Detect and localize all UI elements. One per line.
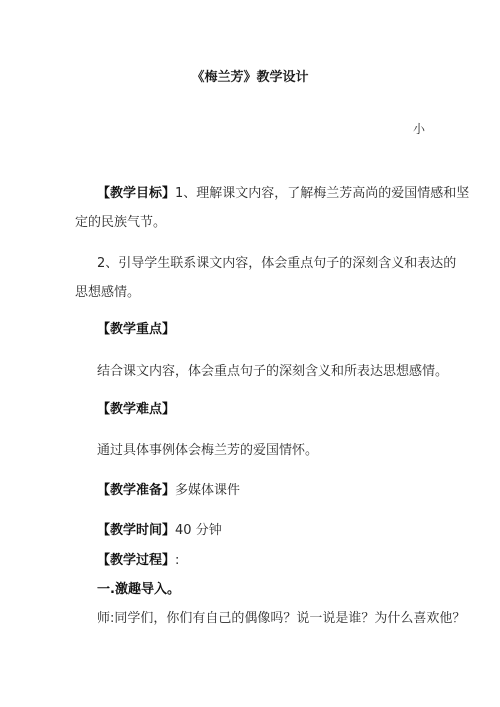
process-step1-text: 师:同学们，你们有自己的偶像吗？说一说是谁？为什么喜欢他？: [97, 611, 465, 627]
key-points-label: 【教学重点】: [97, 322, 175, 338]
time-label: 【教学时间】: [97, 523, 175, 538]
objectives-item1-line1: 1、理解课文内容，了解梅兰芳高尚的爱国情感和坚: [175, 186, 469, 201]
difficulties-text: 通过具体事例体会梅兰芳的爱国情怀。: [97, 443, 318, 459]
objectives-item1-line2: 定的民族气节。: [75, 215, 166, 231]
document-page: 《梅兰芳》教学设计 小 【教学目标】1、理解课文内容，了解梅兰芳高尚的爱国情感和…: [0, 0, 500, 707]
key-points-text: 结合课文内容，体会重点句子的深刻含义和所表达思想感情。: [97, 364, 448, 380]
document-title: 《梅兰芳》教学设计: [0, 66, 500, 85]
time-text: 40 分钟: [175, 523, 222, 538]
objectives-label: 【教学目标】: [97, 186, 175, 201]
process-step1-heading: 一.激趣导入。: [97, 582, 180, 598]
preparation-label: 【教学准备】: [97, 483, 175, 498]
preparation-text: 多媒体课件: [175, 483, 240, 498]
process-line: 【教学过程】:: [97, 553, 179, 569]
preparation-line: 【教学准备】多媒体课件: [97, 483, 240, 499]
author-fragment: 小: [413, 120, 425, 137]
objectives-item2-line2: 思想感情。: [75, 285, 140, 301]
difficulties-label: 【教学难点】: [97, 402, 175, 418]
objectives-line-1: 【教学目标】1、理解课文内容，了解梅兰芳高尚的爱国情感和坚: [97, 186, 469, 202]
objectives-item2-line1: 2、引导学生联系课文内容，体会重点句子的深刻含义和表达的: [97, 256, 456, 272]
time-line: 【教学时间】40 分钟: [97, 523, 222, 539]
process-label: 【教学过程】: [97, 553, 175, 568]
process-suffix: :: [175, 553, 179, 568]
